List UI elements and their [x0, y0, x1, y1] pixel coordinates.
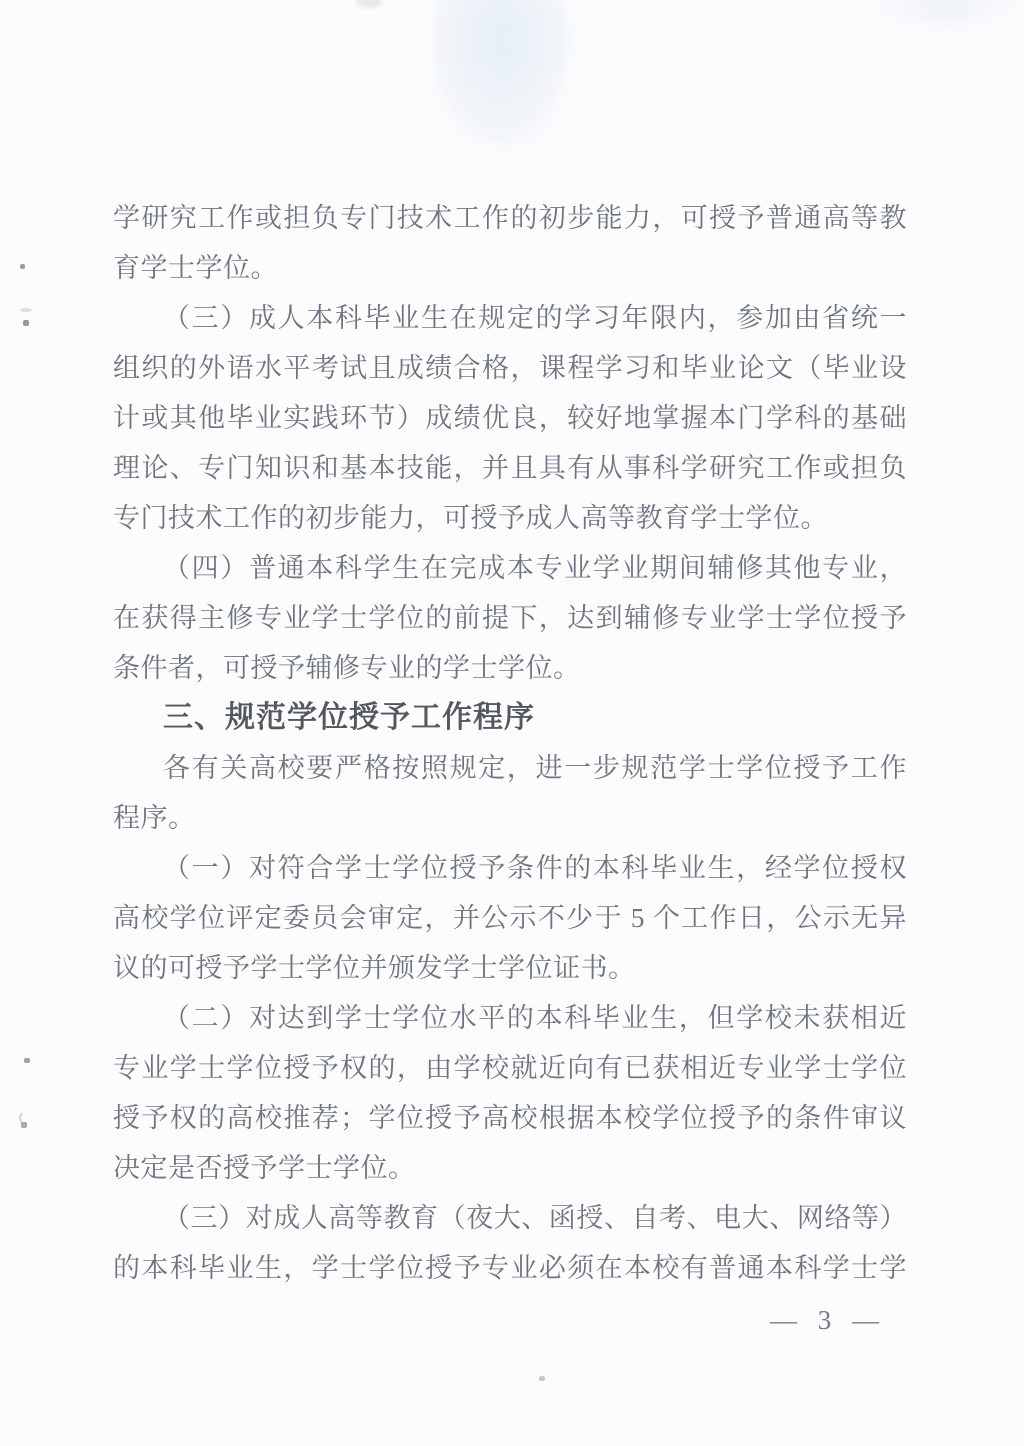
- text-line: （一）对符合学士学位授予条件的本科毕业生，经学位授权: [113, 843, 907, 893]
- text-line: 计或其他毕业实践环节）成绩优良，较好地掌握本门学科的基础: [113, 393, 907, 443]
- text-line: （三）成人本科毕业生在规定的学习年限内，参加由省统一: [113, 293, 907, 343]
- scan-smudge-top-right: [872, 0, 1022, 34]
- text-line: 专门技术工作的初步能力，可授予成人高等教育学士学位。: [113, 493, 907, 543]
- text-line: （二）对达到学士学位水平的本科毕业生，但学校未获相近: [113, 993, 907, 1043]
- text-line: 组织的外语水平考试且成绩合格，课程学习和毕业论文（毕业设: [113, 343, 907, 393]
- document-text: 学研究工作或担负专门技术工作的初步能力，可授予普通高等教育学士学位。（三）成人本…: [113, 193, 907, 1293]
- text-line: 决定是否授予学士学位。: [113, 1143, 907, 1193]
- scan-speck: [539, 1376, 545, 1381]
- text-line: 的本科毕业生，学士学位授予专业必须在本校有普通本科学士学: [113, 1243, 907, 1293]
- text-line: 在获得主修专业学士学位的前提下，达到辅修专业学士学位授予: [113, 593, 907, 643]
- text-line: 高校学位评定委员会审定，并公示不少于 5 个工作日，公示无异: [113, 893, 907, 943]
- text-line: 专业学士学位授予权的，由学校就近向有已获相近专业学士学位: [113, 1043, 907, 1093]
- text-line: （四）普通本科学生在完成本专业学业期间辅修其他专业，: [113, 543, 907, 593]
- scan-speck: [20, 264, 25, 269]
- text-line: 学研究工作或担负专门技术工作的初步能力，可授予普通高等教: [113, 193, 907, 243]
- text-line: 育学士学位。: [113, 243, 907, 293]
- page-number: — 3 —: [770, 1305, 886, 1336]
- text-line: 各有关高校要严格按照规定，进一步规范学士学位授予工作: [113, 743, 907, 793]
- scan-speck: [21, 1122, 27, 1128]
- text-line: 程序。: [113, 793, 907, 843]
- document-page: 学研究工作或担负专门技术工作的初步能力，可授予普通高等教育学士学位。（三）成人本…: [0, 0, 1024, 1446]
- section-heading: 三、规范学位授予工作程序: [113, 693, 907, 743]
- text-line: 条件者，可授予辅修专业的学士学位。: [113, 643, 907, 693]
- scan-speck: [23, 320, 29, 326]
- scan-smudge-top: [428, 0, 573, 150]
- scan-smudge-top-left: [356, 0, 382, 8]
- text-line: 理论、专门知识和基本技能，并且具有从事科学研究工作或担负: [113, 443, 907, 493]
- text-line: 议的可授予学士学位并颁发学士学位证书。: [113, 943, 907, 993]
- text-line: 授予权的高校推荐；学位授予高校根据本校学位授予的条件审议: [113, 1093, 907, 1143]
- scan-speck: [24, 1058, 30, 1063]
- text-line: （三）对成人高等教育（夜大、函授、自考、电大、网络等）: [113, 1193, 907, 1243]
- scan-speck: [20, 308, 32, 312]
